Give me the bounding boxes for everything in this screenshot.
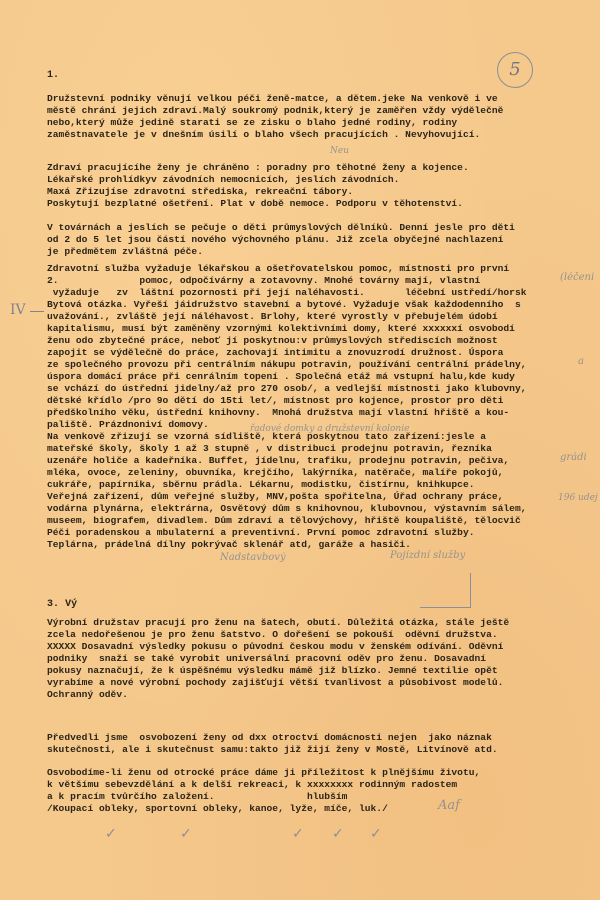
text-line: paliště. Prázdnoniví domovy. [47,419,209,431]
text-line: ze společného provozu při centrálním nák… [47,359,527,371]
text-line: Lékařské prohlídkyv závodních nemocnicíc… [47,174,399,186]
handwritten-note: Nadstavbový [220,552,286,563]
text-line: nebo,který může jedině starati se ze zis… [47,117,457,129]
section-1-heading: 1. [47,70,59,82]
text-line: skutečnosti, ale i skutečnust samu:takto… [47,744,498,756]
text-line: podniky snaží se také vyrobit universáln… [47,653,486,665]
checkmark-icon: ✓ [292,826,304,842]
text-line: Osvobodíme-li ženu od otrocké práce dáme… [47,767,480,779]
checkmark-icon: ✓ [332,826,344,842]
text-line: je předmětem zvláštná péče. [47,246,203,258]
text-line: od 2 do 5 let jsou částí nového výchovné… [47,234,503,246]
text-line: Zdraví pracujícíhe ženy je chráněno : po… [47,162,469,174]
text-line: Maxá Zřizujíse zdravotní střediska, rekr… [47,186,353,198]
text-line: 2. pomoc, odpočívárny a zotavovny. Mnohé… [47,275,480,287]
text-line: Výrobní družstav pracují pro ženu na šat… [47,617,509,629]
margin-dash [30,311,44,312]
text-line: XXXXX Dosavadní výsledky pokusu o původn… [47,641,503,653]
text-line: Péči poradenskou a mbulaterní a preventi… [47,527,475,539]
text-line: Předvedli jsme osvobození ženy od dxx ot… [47,732,492,744]
text-line: museem, biografem, divadlem. Dům zdraví … [47,515,521,527]
handwritten-note: Pojízdní služby [390,550,465,561]
margin-roman-numeral: IV [10,302,26,318]
text-line: zaměstnavatele je v dnešním úsilí o blah… [47,129,480,141]
handwritten-margin-note: 196 udej [558,493,598,503]
handwritten-margin-note: (léčeni [560,272,594,283]
text-line: dětské křídlo /pro 9o dětí do 15ti let/,… [47,395,503,407]
text-line: k většímu sebevzdělání a k delší rekreac… [47,779,457,791]
text-line: kapitalismu, musí být zaměněny vzornými … [47,323,515,335]
text-line: Teplárna, prádelná dílny pokrývač sklená… [47,539,411,551]
section-3-heading: 3. Vý [47,599,77,611]
checkmark-icon: ✓ [180,826,192,842]
text-line: cukráře, papírníka, sběrnu prádla. Lékar… [47,479,475,491]
text-line: V továrnách a jeslích se pečuje o děti p… [47,222,515,234]
text-line: předškolního věku, ústřední knihovny. Mn… [47,407,509,419]
checkmark-icon: ✓ [370,826,382,842]
text-line: vodárna plynárna, elektrárna, Osvětový d… [47,503,527,515]
text-line: zapojit se výdělečně do práce, zachovají… [47,347,503,359]
text-line: Veřejná zařízení, dům veřejné služby, MN… [47,491,503,503]
text-line: Družstevní podniky věnují velkou péči že… [47,93,498,105]
page-number-circle: 5 [497,52,533,88]
text-line: Ochranný oděv. [47,689,128,701]
text-line: Na venkově zřizují se vzorná sídliště, k… [47,431,486,443]
text-line: městě chrání jejich zdraví.Malý soukromý… [47,105,503,117]
text-line: se vchází do ústřední jidelny/až pro 270… [47,383,527,395]
text-line: úspora domácí práce při cenrálním topení… [47,371,515,383]
text-line: Zdravotní služba vyžaduje lékařskou a oš… [47,263,509,275]
handwritten-initials: Aaf [438,798,460,813]
handwritten-note: Neu [330,146,349,156]
text-line: Bytová otázka. Vyřeší jáidružstvo staveb… [47,299,521,311]
text-line: pokusy naznačují, že k úspěšnému výsledk… [47,665,498,677]
handwritten-margin-note: grádi [560,452,587,463]
checkmark-icon: ✓ [105,826,117,842]
text-line: vyrabíme a nové výrobní pochody zajišťuj… [47,677,503,689]
text-line: ženu odo zbytečné práce, neboť jí poskyt… [47,335,498,347]
text-line: a k pracím tvůrčího založení. hlubším [47,791,347,803]
text-line: mléka, ovoce, zeleniny, obuvníka, krejčí… [47,467,503,479]
handwritten-margin-note: a [578,356,584,367]
text-line: Poskytují bezplatné ošetření. Plat v dob… [47,198,463,210]
text-line: uzenáře holiče a kadeřníka. Buffet, jíde… [47,455,509,467]
text-line: zcela nedořešenou je pro ženu šatstvo. O… [47,629,498,641]
text-line: /Koupací obleky, sportovní obleky, kanoe… [47,803,388,815]
handwritten-bracket [470,573,471,607]
text-line: uvažování., zvláště její náléhavost. Brl… [47,311,498,323]
handwritten-bracket [420,607,471,608]
text-line: mateřské školy, školy 1 až 3 stupně , v … [47,443,492,455]
text-line: vyžaduje zv láštní pozornosti při její n… [47,287,527,299]
page-number: 5 [509,59,520,80]
